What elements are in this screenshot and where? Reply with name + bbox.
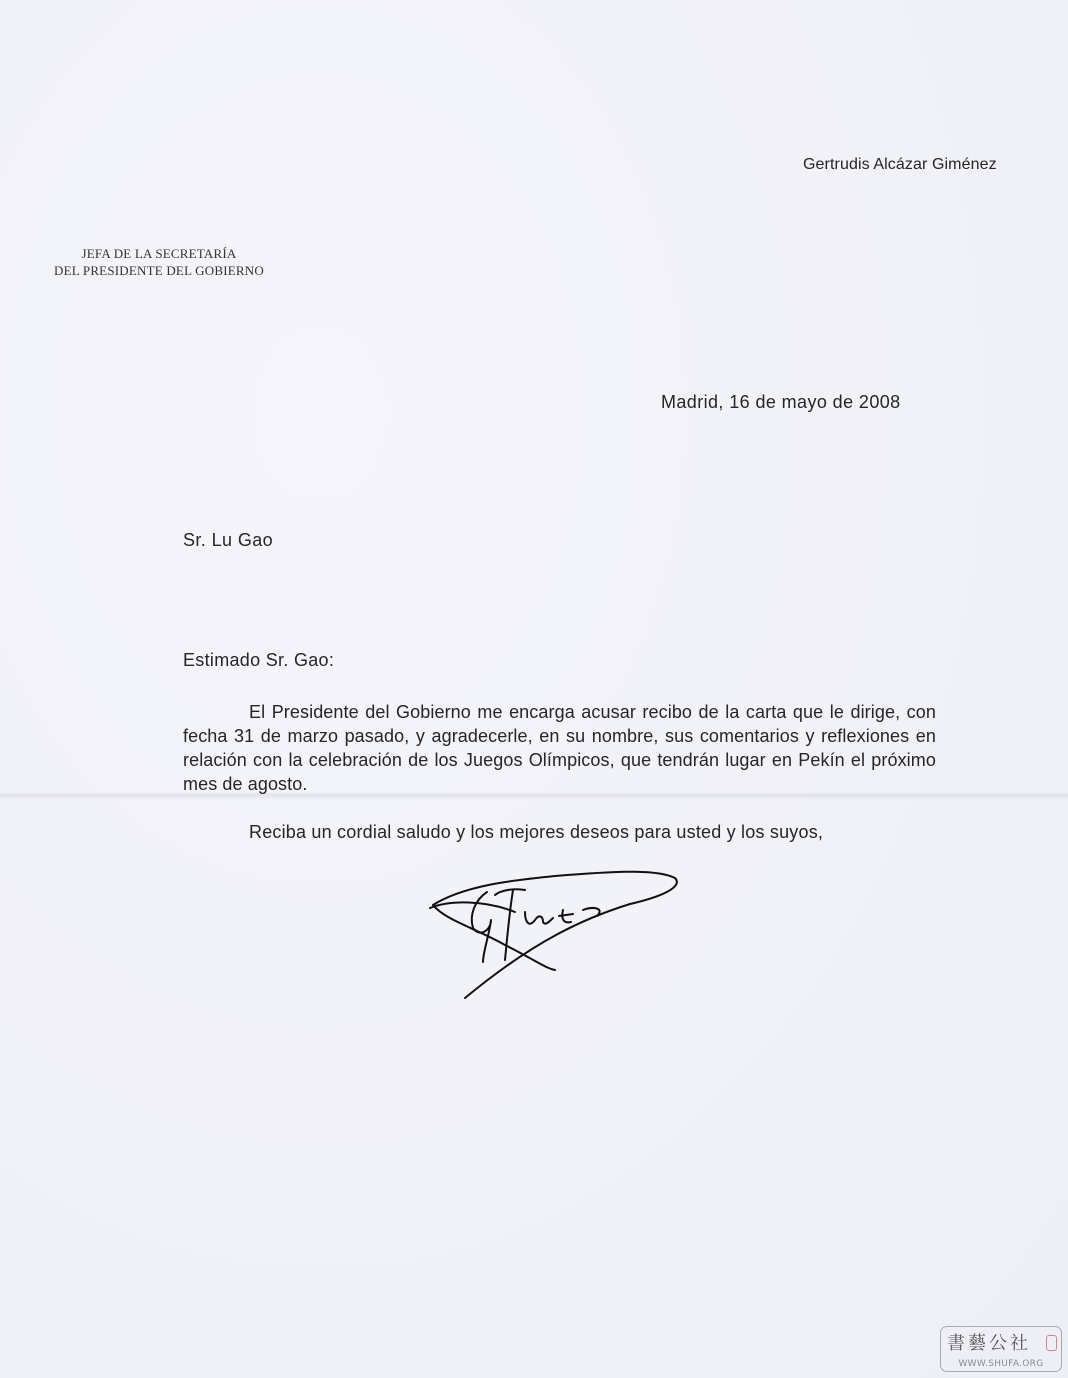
red-seal-icon xyxy=(1046,1335,1057,1351)
salutation: Estimado Sr. Gao: xyxy=(183,650,334,671)
place-date: Madrid, 16 de mayo de 2008 xyxy=(661,392,901,413)
body-paragraph: El Presidente del Gobierno me encarga ac… xyxy=(183,700,936,796)
recipient: Sr. Lu Gao xyxy=(183,530,273,551)
sender-office: JEFA DE LA SECRETARÍA DEL PRESIDENTE DEL… xyxy=(40,245,278,279)
sender-name: Gertrudis Alcázar Giménez xyxy=(803,156,997,174)
signature-icon xyxy=(425,860,685,1005)
closing: Reciba un cordial saludo y los mejores d… xyxy=(249,822,823,843)
watermark-url: WWW.SHUFA.ORG xyxy=(941,1359,1061,1369)
office-line-2: DEL PRESIDENTE DEL GOBIERNO xyxy=(40,262,278,279)
office-line-1: JEFA DE LA SECRETARÍA xyxy=(40,245,278,262)
watermark-title: 書藝公社 xyxy=(947,1329,1031,1355)
watermark: 書藝公社 WWW.SHUFA.ORG xyxy=(940,1326,1062,1372)
letter-page: Gertrudis Alcázar Giménez JEFA DE LA SEC… xyxy=(0,0,1068,1378)
